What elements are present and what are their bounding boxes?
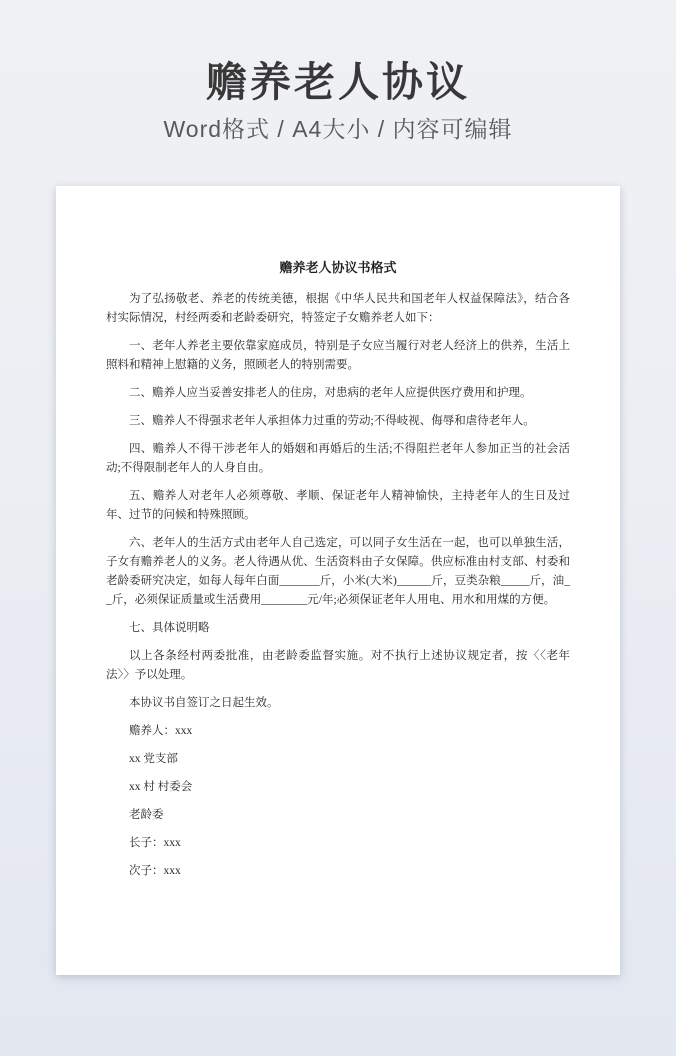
template-title: 赡养老人协议 [0,58,676,106]
paragraph-approval: 以上各条经村两委批准，由老龄委监督实施。对不执行上述协议规定者，按〈〈老年法〉〉… [106,647,570,685]
paragraph-clause-4: 四、赡养人不得干涉老年人的婚姻和再婚后的生活;不得阻拦老年人参加正当的社会活动;… [106,440,570,478]
signature-supporter: 赡养人：xxx [106,722,570,741]
signature-village-committee: xx 村 村委会 [106,778,570,797]
paragraph-effective-date: 本协议书自签订之日起生效。 [106,694,570,713]
document-title: 赡养老人协议书格式 [106,258,570,277]
signature-aging-committee: 老龄委 [106,806,570,825]
paragraph-clause-1: 一、老年人养老主要依靠家庭成员，特别是子女应当履行对老人经济上的供养，生活上照料… [106,337,570,375]
preview-background: 赡养老人协议 Word格式 / A4大小 / 内容可编辑 赡养老人协议书格式 为… [0,0,676,1056]
paragraph-clause-3: 三、赡养人不得强求老年人承担体力过重的劳动;不得岐视、侮辱和虐待老年人。 [106,412,570,431]
paragraph-clause-2: 二、赡养人应当妥善安排老人的住房，对患病的老年人应提供医疗费用和护理。 [106,384,570,403]
signature-party-branch: xx 党支部 [106,750,570,769]
signature-second-son: 次子：xxx [106,862,570,881]
signature-eldest-son: 长子：xxx [106,834,570,853]
template-header: 赡养老人协议 Word格式 / A4大小 / 内容可编辑 [0,0,676,186]
paragraph-clause-5: 五、赡养人对老年人必须尊敬、孝顺、保证老年人精神愉快，主持老年人的生日及过年、过… [106,487,570,525]
document-page: 赡养老人协议书格式 为了弘扬敬老、养老的传统美德，根据《中华人民共和国老年人权益… [56,186,620,975]
paragraph-intro: 为了弘扬敬老、养老的传统美德，根据《中华人民共和国老年人权益保障法》，结合各村实… [106,290,570,328]
template-subtitle: Word格式 / A4大小 / 内容可编辑 [0,115,676,143]
paragraph-clause-7: 七、具体说明略 [106,619,570,638]
paragraph-clause-6: 六、老年人的生活方式由老年人自己选定，可以同子女生活在一起，也可以单独生活，子女… [106,534,570,610]
